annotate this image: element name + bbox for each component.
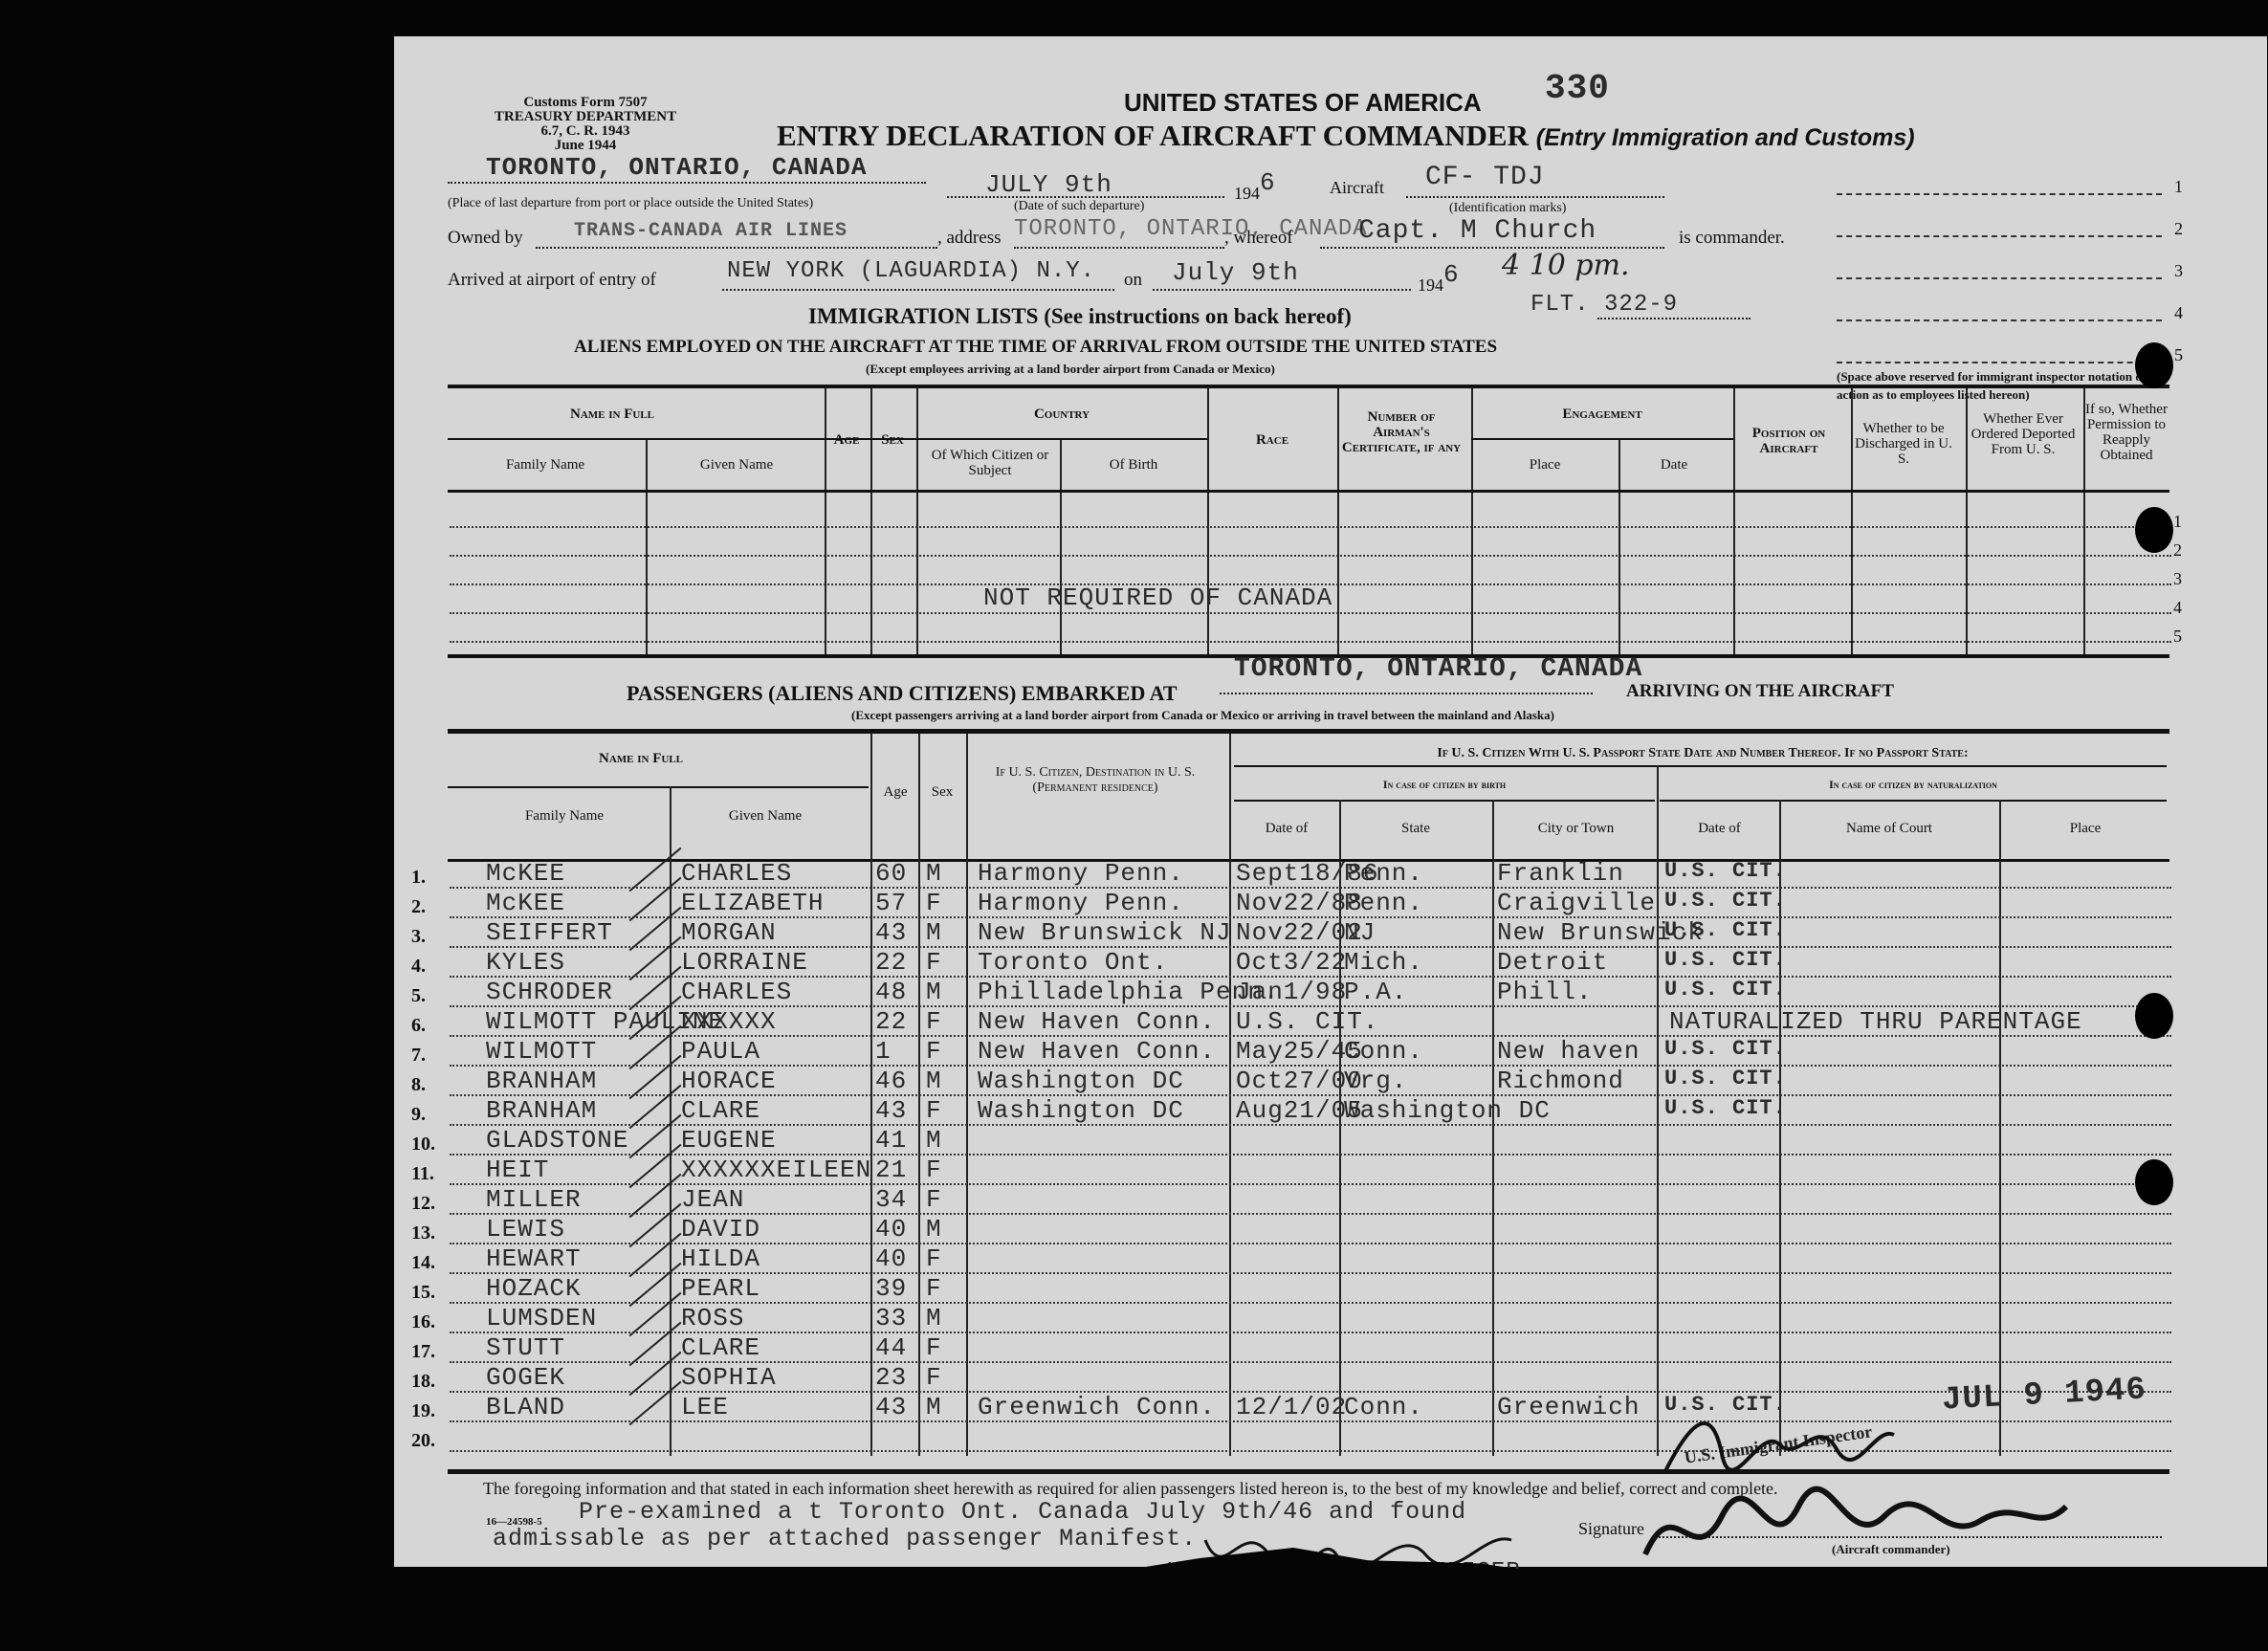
line-number: 2 bbox=[2174, 219, 2183, 239]
age: 41 bbox=[875, 1126, 907, 1155]
family-name: HEIT bbox=[486, 1156, 549, 1184]
aircraft-marks-value: CF- TDJ bbox=[1425, 163, 1545, 192]
citizen-status: U.S. CIT. bbox=[1664, 978, 1787, 1002]
arrival-year: 1946 bbox=[1418, 270, 1460, 298]
commander-caption: (Aircraft commander) bbox=[1832, 1542, 1950, 1557]
table-row: 19.BLANDLEE43MGreenwich Conn.12/1/02Conn… bbox=[411, 1393, 2171, 1421]
destination: New Brunswick NJ bbox=[978, 918, 1232, 947]
row-number: 13. bbox=[411, 1222, 435, 1244]
given-name: DAVID bbox=[681, 1215, 760, 1244]
line-number: 1 bbox=[2174, 177, 2183, 197]
given-name: XXXXXXEILEEN bbox=[681, 1156, 871, 1184]
citizen-status: U.S. CIT. bbox=[1664, 1067, 1787, 1090]
given-name: JEAN bbox=[681, 1185, 744, 1214]
row-number: 16. bbox=[411, 1311, 435, 1333]
passenger-table-top bbox=[448, 729, 2169, 734]
col-given-name: Given Name bbox=[670, 808, 861, 824]
given-name: CHARLES bbox=[681, 859, 792, 888]
col-country: Country bbox=[918, 407, 1205, 422]
age: 23 bbox=[875, 1363, 907, 1392]
family-name: MILLER bbox=[486, 1185, 582, 1214]
age: 43 bbox=[875, 1096, 907, 1125]
birth-state: Conn. bbox=[1344, 1393, 1423, 1421]
passport-header: If U. S. Citizen With U. S. Passport Sta… bbox=[1234, 746, 2171, 761]
birth-state: Penn. bbox=[1344, 889, 1423, 917]
arrival-year-digit: 6 bbox=[1443, 260, 1460, 289]
row-number: 3 bbox=[2173, 564, 2182, 593]
punch-hole bbox=[2135, 993, 2173, 1039]
row-line bbox=[450, 1450, 2171, 1452]
birth-date: Jan1/98 bbox=[1236, 978, 1347, 1006]
title-text: ENTRY DECLARATION OF AIRCRAFT COMMANDER bbox=[777, 119, 1529, 152]
sex: F bbox=[926, 948, 942, 977]
department: TREASURY DEPARTMENT bbox=[442, 110, 729, 124]
row-number: 18. bbox=[411, 1371, 435, 1393]
inspector-signature bbox=[1655, 1397, 1904, 1483]
by-birth-header: In case of citizen by birth bbox=[1234, 777, 1655, 792]
whereof-label: , whereof bbox=[1224, 228, 1293, 249]
destination: Washington DC bbox=[978, 1096, 1184, 1125]
inspector-line-4: 4 bbox=[1837, 279, 2162, 321]
punch-hole bbox=[2135, 507, 2173, 553]
sex: F bbox=[926, 1333, 942, 1362]
sex: F bbox=[926, 1274, 942, 1303]
birth-state: Vrg. bbox=[1344, 1067, 1407, 1095]
col-position: Position on Aircraft bbox=[1736, 426, 1841, 456]
given-name: LEE bbox=[681, 1393, 729, 1421]
given-name: CLARE bbox=[681, 1333, 760, 1362]
given-name: ROSS bbox=[681, 1304, 744, 1332]
arrival-airport-value: NEW YORK (LAGUARDIA) N.Y. bbox=[727, 258, 1095, 284]
col-race: Race bbox=[1210, 432, 1334, 448]
row-number: 2. bbox=[411, 896, 426, 918]
row-number: 5. bbox=[411, 985, 426, 1007]
family-name: SCHRODER bbox=[486, 978, 613, 1006]
col-date: Date bbox=[1617, 457, 1731, 473]
col-given-name: Given Name bbox=[650, 457, 823, 473]
commander-value: Capt. M Church bbox=[1358, 216, 1596, 246]
birth-state: Penn. bbox=[1344, 859, 1423, 888]
departure-date-value: JULY 9th bbox=[985, 170, 1112, 199]
family-name: BRANHAM bbox=[486, 1096, 597, 1125]
row-number: 5 bbox=[2173, 622, 2182, 650]
inspector-line-5: 5 bbox=[1837, 321, 2162, 363]
destination: New Haven Conn. bbox=[978, 1037, 1216, 1066]
row-number: 2 bbox=[2173, 536, 2182, 564]
row-number: 7. bbox=[411, 1045, 426, 1067]
given-name: HORACE bbox=[681, 1067, 777, 1095]
birth-date: 12/1/02 bbox=[1236, 1393, 1347, 1421]
form-number: Customs Form 7507 bbox=[442, 96, 729, 110]
year-digit: 6 bbox=[1260, 168, 1276, 197]
age: 40 bbox=[875, 1244, 907, 1273]
citizen-status: U.S. CIT. bbox=[1664, 948, 1787, 972]
col-deported: Whether Ever Ordered Deported From U. S. bbox=[1966, 411, 2081, 457]
col-family-name: Family Name bbox=[459, 457, 631, 473]
col-nat-place: Place bbox=[1999, 821, 2171, 836]
owned-by-value: TRANS-CANADA AIR LINES bbox=[574, 220, 848, 242]
col-age: Age bbox=[825, 432, 869, 448]
col-sex: Sex bbox=[920, 784, 964, 800]
inspector-line-1: 1 bbox=[1837, 153, 2162, 195]
sex: M bbox=[926, 859, 942, 888]
age: 48 bbox=[875, 978, 907, 1006]
age: 1 bbox=[875, 1037, 892, 1066]
sex: F bbox=[926, 1007, 942, 1036]
col-citizen-of: Of Which Citizen or Subject bbox=[918, 448, 1062, 478]
form-date: June 1944 bbox=[442, 139, 729, 153]
embarked-at-value: TORONTO, ONTARIO, CANADA bbox=[1234, 654, 1642, 684]
col-reapply: If so, Whether Permission to Reapply Obt… bbox=[2083, 402, 2169, 463]
departure-place-caption: (Place of last departure from port or pl… bbox=[448, 196, 813, 211]
year-prefix: 194 bbox=[1234, 184, 1260, 203]
age: 21 bbox=[875, 1156, 907, 1184]
inspector-line-3: 3 bbox=[1837, 237, 2162, 279]
punch-hole bbox=[2135, 342, 2173, 388]
given-name: CHARLES bbox=[681, 978, 792, 1006]
commander-signature bbox=[1626, 1478, 2085, 1583]
citizen-status: U.S. CIT. bbox=[1664, 1037, 1787, 1061]
age: 43 bbox=[875, 1393, 907, 1421]
row-number: 9. bbox=[411, 1104, 426, 1126]
family-name: McKEE bbox=[486, 859, 565, 888]
row-number: 3. bbox=[411, 926, 426, 948]
destination: Harmony Penn. bbox=[978, 859, 1184, 888]
by-naturalization-header: In case of citizen by naturalization bbox=[1660, 777, 2167, 792]
col-sex: Sex bbox=[870, 432, 914, 448]
sex: M bbox=[926, 1304, 942, 1332]
row-number: 4. bbox=[411, 956, 426, 978]
sex: F bbox=[926, 1037, 942, 1066]
row-number: 14. bbox=[411, 1252, 435, 1274]
sex: M bbox=[926, 978, 942, 1006]
citizen-status: U.S. CIT. bbox=[1664, 1096, 1787, 1120]
birth-city: Richmond bbox=[1497, 1067, 1624, 1095]
col-nat-court: Name of Court bbox=[1779, 821, 1999, 836]
address-value: TORONTO, ONTARIO, CANADA bbox=[1014, 216, 1368, 242]
col-age: Age bbox=[872, 784, 918, 800]
row-number: 15. bbox=[411, 1282, 435, 1304]
family-name: HOZACK bbox=[486, 1274, 582, 1303]
birth-date: U.S. CIT. bbox=[1236, 1007, 1378, 1036]
row-number: 8. bbox=[411, 1074, 426, 1096]
row-number: 1 bbox=[2173, 507, 2182, 536]
punch-hole bbox=[2135, 1159, 2173, 1205]
commander-suffix: is commander. bbox=[1679, 228, 1785, 249]
age: 57 bbox=[875, 889, 907, 917]
destination: Toronto Ont. bbox=[978, 948, 1168, 977]
table-row: 20. bbox=[411, 1422, 2171, 1451]
immigration-title: IMMIGRATION LISTS (See instructions on b… bbox=[808, 304, 1352, 329]
birth-state: P.A. bbox=[1344, 978, 1407, 1006]
sex: F bbox=[926, 889, 942, 917]
birth-state: Washington DC bbox=[1344, 1096, 1551, 1125]
given-name: SOPHIA bbox=[681, 1363, 777, 1392]
family-name: McKEE bbox=[486, 889, 565, 917]
naturalization-note: NATURALIZED THRU PARENTAGE bbox=[1669, 1007, 2082, 1036]
col-birth-date: Date of bbox=[1234, 821, 1339, 836]
aircraft-label: Aircraft bbox=[1330, 178, 1384, 198]
inspector-line-2: 2 bbox=[1837, 195, 2162, 237]
not-required-stamp: NOT REQUIRED OF CANADA bbox=[983, 583, 1332, 612]
row-number: 1. bbox=[411, 867, 426, 889]
col-birth-city: City or Town bbox=[1492, 821, 1660, 836]
immigration-row-numbers: 1 2 3 4 5 bbox=[2173, 507, 2182, 650]
owned-by-label: Owned by bbox=[448, 228, 523, 249]
country-title: UNITED STATES OF AMERICA bbox=[1124, 88, 1482, 118]
birth-state: Conn. bbox=[1344, 1037, 1423, 1066]
sex: F bbox=[926, 1363, 942, 1392]
col-of-birth: Of Birth bbox=[1062, 457, 1205, 473]
sex: F bbox=[926, 1244, 942, 1273]
given-name: XXXXXX bbox=[681, 1007, 777, 1036]
passengers-title-suffix: ARRIVING ON THE AIRCRAFT bbox=[1626, 681, 1894, 702]
family-name: SEIFFERT bbox=[486, 918, 613, 947]
family-name: WILMOTT bbox=[486, 1037, 597, 1066]
departure-place-value: TORONTO, ONTARIO, CANADA bbox=[486, 153, 867, 182]
address-label: , address bbox=[937, 228, 1001, 249]
sex: M bbox=[926, 918, 942, 947]
immigration-table-top bbox=[448, 385, 2169, 388]
age: 22 bbox=[875, 948, 907, 977]
immigration-note: (Except employees arriving at a land bor… bbox=[866, 362, 1275, 377]
sex: F bbox=[926, 1096, 942, 1125]
family-name: BLAND bbox=[486, 1393, 565, 1421]
sex: M bbox=[926, 1067, 942, 1095]
birth-state: NJ bbox=[1344, 918, 1376, 947]
citizen-status: U.S. CIT. bbox=[1664, 918, 1787, 942]
family-name: LUMSDEN bbox=[486, 1304, 597, 1332]
row-number: 20. bbox=[411, 1430, 435, 1452]
departure-place-line bbox=[448, 182, 926, 184]
arrival-time-handwritten: 4 10 pm. bbox=[1502, 249, 1630, 282]
row-number: 19. bbox=[411, 1400, 435, 1422]
birth-city: New haven bbox=[1497, 1037, 1640, 1066]
birth-city: Franklin bbox=[1497, 859, 1624, 888]
age: 22 bbox=[875, 1007, 907, 1036]
preexam-line-2: admissable as per attached passenger Man… bbox=[493, 1525, 1197, 1552]
arrival-year-prefix: 194 bbox=[1418, 275, 1443, 295]
immigration-subtitle: ALIENS EMPLOYED ON THE AIRCRAFT AT THE T… bbox=[574, 337, 1497, 358]
passengers-note: (Except passengers arriving at a land bo… bbox=[851, 708, 1554, 723]
family-name: BRANHAM bbox=[486, 1067, 597, 1095]
given-name: HILDA bbox=[681, 1244, 760, 1273]
row-number: 6. bbox=[411, 1015, 426, 1037]
family-name: LEWIS bbox=[486, 1215, 565, 1244]
col-discharged: Whether to be Discharged in U. S. bbox=[1851, 421, 1956, 467]
departure-date-line bbox=[947, 196, 1224, 198]
flight-line bbox=[1597, 318, 1751, 319]
aircraft-caption: (Identification marks) bbox=[1449, 201, 1566, 216]
age: 60 bbox=[875, 859, 907, 888]
row-number: 12. bbox=[411, 1193, 435, 1215]
given-name: LORRAINE bbox=[681, 948, 808, 977]
aircraft-line bbox=[1406, 196, 1664, 198]
citizen-status: U.S. CIT. bbox=[1664, 889, 1787, 913]
departure-date-caption: (Date of such departure) bbox=[1014, 199, 1144, 214]
col-name-in-full: Name in Full bbox=[536, 407, 689, 422]
regulation: 6.7, C. R. 1943 bbox=[442, 124, 729, 139]
citizen-status: U.S. CIT. bbox=[1664, 859, 1787, 883]
destination: Harmony Penn. bbox=[978, 889, 1184, 917]
col-name-in-full: Name in Full bbox=[555, 751, 727, 766]
sex: M bbox=[926, 1215, 942, 1244]
family-name: KYLES bbox=[486, 948, 565, 977]
col-nat-date: Date of bbox=[1660, 821, 1779, 836]
age: 34 bbox=[875, 1185, 907, 1214]
row-number: 11. bbox=[411, 1163, 434, 1185]
passenger-table-bottom bbox=[448, 1469, 2169, 1474]
age: 44 bbox=[875, 1333, 907, 1362]
row-number: 4 bbox=[2173, 593, 2182, 622]
arrival-date-value: July 9th bbox=[1172, 258, 1299, 287]
owned-by-line bbox=[536, 247, 937, 249]
arrived-label: Arrived at airport of entry of bbox=[448, 270, 656, 291]
birth-city: Detroit bbox=[1497, 948, 1608, 977]
print-code: 16—24598-5 bbox=[486, 1516, 542, 1528]
line-number: 4 bbox=[2174, 303, 2183, 323]
col-destination: If U. S. Citizen, Destination in U. S. (… bbox=[971, 765, 1220, 796]
embarked-line bbox=[1220, 693, 1593, 694]
col-birth-state: State bbox=[1339, 821, 1492, 836]
inspector-space: 1 2 3 4 5 (Space above reserved for immi… bbox=[1837, 153, 2162, 404]
birth-state: Mich. bbox=[1344, 948, 1423, 977]
row-number: 10. bbox=[411, 1134, 435, 1156]
birth-city: Greenwich bbox=[1497, 1393, 1640, 1421]
destination: Greenwich Conn. bbox=[978, 1393, 1216, 1421]
row-number: 17. bbox=[411, 1341, 435, 1363]
flight-number: FLT. 322-9 bbox=[1530, 292, 1678, 318]
given-name: PAULA bbox=[681, 1037, 760, 1066]
given-name: CLARE bbox=[681, 1096, 760, 1125]
departure-year: 1946 bbox=[1234, 178, 1276, 207]
family-name: GOGEK bbox=[486, 1363, 565, 1392]
age: 46 bbox=[875, 1067, 907, 1095]
birth-date: Oct3/22 bbox=[1236, 948, 1347, 977]
address-line bbox=[1014, 247, 1224, 249]
col-family-name: Family Name bbox=[469, 808, 660, 824]
sex: M bbox=[926, 1393, 942, 1421]
given-name: PEARL bbox=[681, 1274, 760, 1303]
col-airman-cert: Number of Airman's Certificate, if any bbox=[1339, 409, 1464, 455]
destination: New Haven Conn. bbox=[978, 1007, 1216, 1036]
given-name: MORGAN bbox=[681, 918, 777, 947]
given-name: EUGENE bbox=[681, 1126, 777, 1155]
age: 40 bbox=[875, 1215, 907, 1244]
family-name: HEWART bbox=[486, 1244, 582, 1273]
col-engagement: Engagement bbox=[1473, 407, 1731, 422]
arrival-date-line bbox=[1153, 289, 1411, 291]
page-number: 330 bbox=[1545, 69, 1610, 108]
passengers-title: PASSENGERS (ALIENS AND CITIZENS) EMBARKE… bbox=[627, 681, 1178, 706]
sex: F bbox=[926, 1185, 942, 1214]
birth-city: Craigville bbox=[1497, 889, 1656, 917]
age: 43 bbox=[875, 918, 907, 947]
sex: M bbox=[926, 1126, 942, 1155]
destination: Philladelphia Penn. bbox=[978, 978, 1279, 1006]
on-label: on bbox=[1124, 270, 1142, 291]
sex: F bbox=[926, 1156, 942, 1184]
line-number: 5 bbox=[2174, 345, 2183, 365]
age: 39 bbox=[875, 1274, 907, 1303]
family-name: GLADSTONE bbox=[486, 1126, 628, 1155]
col-place: Place bbox=[1473, 457, 1617, 473]
family-name: STUTT bbox=[486, 1333, 565, 1362]
form-id: Customs Form 7507 TREASURY DEPARTMENT 6.… bbox=[442, 96, 729, 153]
destination: Washington DC bbox=[978, 1067, 1184, 1095]
line-number: 3 bbox=[2174, 261, 2183, 281]
birth-city: Phill. bbox=[1497, 978, 1593, 1006]
age: 33 bbox=[875, 1304, 907, 1332]
title-suffix: (Entry Immigration and Customs) bbox=[1536, 124, 1915, 151]
arrival-airport-line bbox=[722, 289, 1114, 291]
given-name: ELIZABETH bbox=[681, 889, 824, 917]
page-title: ENTRY DECLARATION OF AIRCRAFT COMMANDER … bbox=[777, 119, 1915, 153]
